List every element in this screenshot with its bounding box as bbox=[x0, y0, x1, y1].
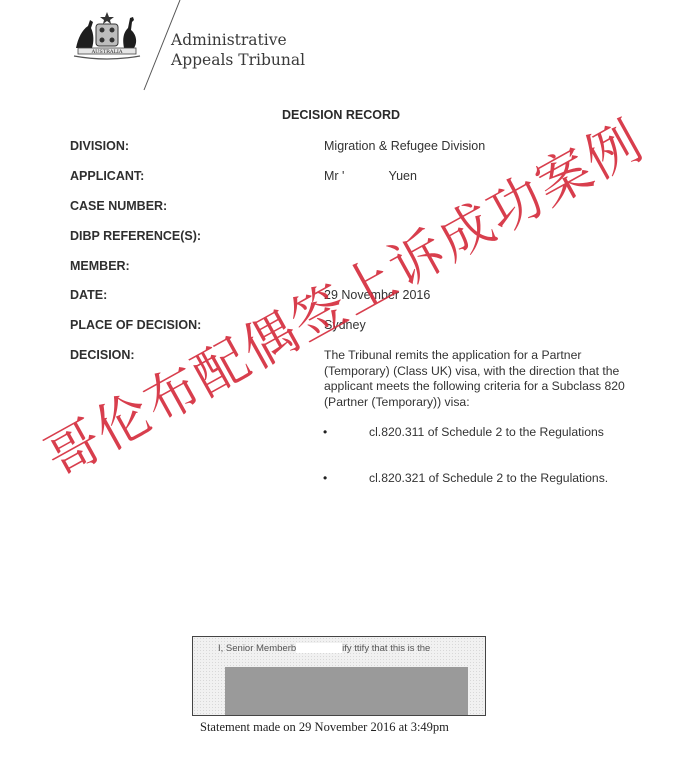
org-name-line2: Appeals Tribunal bbox=[171, 50, 305, 70]
redaction-block bbox=[225, 667, 468, 715]
date-label: DATE: bbox=[70, 288, 107, 302]
decision-label: DECISION: bbox=[70, 348, 135, 362]
bullet-icon: • bbox=[323, 425, 327, 439]
date-value: 29 November 2016 bbox=[324, 288, 430, 302]
criterion-item: cl.820.311 of Schedule 2 to the Regulati… bbox=[369, 425, 609, 441]
document-title: DECISION RECORD bbox=[282, 108, 400, 122]
redacted-name bbox=[296, 643, 342, 653]
organization-name: Administrative Appeals Tribunal bbox=[171, 30, 305, 70]
certification-box: I, Senior Memberbify ttify that this is … bbox=[192, 636, 486, 716]
applicant-value: Mr 'Yuen bbox=[324, 169, 417, 183]
cert-text-end: ify ttify that this is the bbox=[342, 643, 430, 654]
applicant-surname: Yuen bbox=[388, 169, 417, 183]
australia-coat-of-arms-logo: AUSTRALIA bbox=[68, 8, 146, 60]
cert-text-start: I, Senior Memberb bbox=[218, 643, 296, 654]
org-name-line1: Administrative bbox=[171, 30, 305, 50]
decision-text: The Tribunal remits the application for … bbox=[324, 348, 644, 410]
statement-timestamp: Statement made on 29 November 2016 at 3:… bbox=[200, 720, 449, 735]
bullet-icon: • bbox=[323, 471, 327, 485]
certification-text: I, Senior Memberbify ttify that this is … bbox=[218, 643, 430, 654]
place-of-decision-label: PLACE OF DECISION: bbox=[70, 318, 201, 332]
criterion-item: cl.820.321 of Schedule 2 to the Regulati… bbox=[369, 471, 609, 487]
place-of-decision-value: Sydney bbox=[324, 318, 366, 332]
division-label: DIVISION: bbox=[70, 139, 129, 153]
applicant-label: APPLICANT: bbox=[70, 169, 144, 183]
member-label: MEMBER: bbox=[70, 259, 130, 273]
svg-text:AUSTRALIA: AUSTRALIA bbox=[91, 49, 123, 55]
case-number-label: CASE NUMBER: bbox=[70, 199, 167, 213]
applicant-title: Mr ' bbox=[324, 169, 344, 183]
division-value: Migration & Refugee Division bbox=[324, 139, 485, 153]
dibp-reference-label: DIBP REFERENCE(S): bbox=[70, 229, 201, 243]
